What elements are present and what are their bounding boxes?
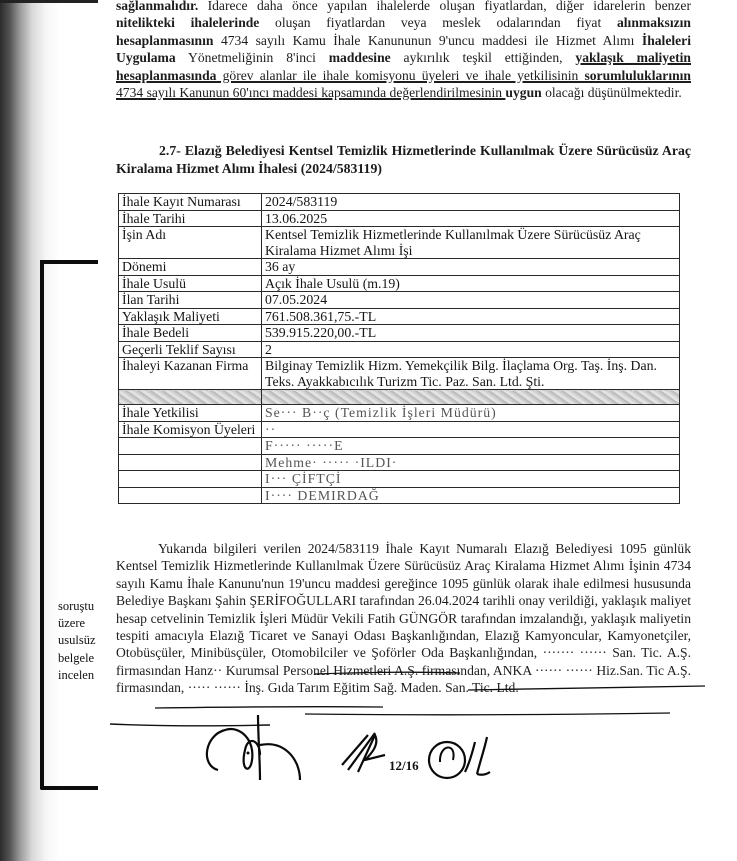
row-label [119,438,262,455]
row-label [119,390,262,405]
row-label: İhale Kayıt Numarası [119,194,262,211]
paragraph-segment: olacağı düşünülmektedir. [542,85,682,100]
signature-1 [200,715,320,785]
row-value: 07.05.2024 [262,292,680,309]
row-label: İhale Bedeli [119,325,262,342]
adjacent-fragment: incelen [58,667,100,684]
table-row: İhaleyi Kazanan FirmaBilginay Temizlik H… [119,358,680,390]
section-title: Elazığ Belediyesi Kentsel Temizlik Hizme… [116,143,691,176]
paragraph-segment: sorumluluklarının [584,68,691,83]
row-value: 761.508.361,75.-TL [262,308,680,325]
paragraph-segment: 4734 sayılı Kamu İhale Kanununun 9'uncu … [213,33,641,48]
table-row: İşin AdıKentsel Temizlik Hizmetlerinde K… [119,227,680,259]
adjacent-page-text: soruştu üzere usulsüz belgele incelen [58,598,100,684]
adjacent-fragment: usulsüz [58,632,100,649]
section-heading: 2.7- Elazığ Belediyesi Kentsel Temizlik … [116,142,691,177]
paragraph-segment: sağlanmalıdır. [116,0,198,13]
signature-3 [425,732,505,782]
table-row: Mehme· ····· ·ILDI· [119,454,680,471]
table-row: I···· DEMIRDAĞ [119,487,680,504]
row-value: Açık İhale Usulü (m.19) [262,275,680,292]
row-value [262,390,680,405]
paragraph-segment: 4734 sayılı Kanunun 60'ıncı maddesi kaps… [116,85,505,100]
signature-2 [340,730,390,775]
row-value: I··· ÇİFTÇİ [262,471,680,488]
paragraph-segment: maddesine [329,50,391,65]
table-row: İhale UsulüAçık İhale Usulü (m.19) [119,275,680,292]
row-label: İlan Tarihi [119,292,262,309]
row-value: 2 [262,341,680,358]
paragraph-segment: görev alanlar ile ihale komisyonu üyeler… [216,68,584,83]
row-value: Kentsel Temizlik Hizmetlerinde Kullanılm… [262,227,680,259]
row-label: Yaklaşık Maliyeti [119,308,262,325]
paragraph-segment: İdarece daha önce yapılan ihalelerde olu… [198,0,691,13]
table-row: İhale Tarihi13.06.2025 [119,210,680,227]
adjacent-page-bracket-mark [40,260,98,790]
table-row: Dönemi36 ay [119,259,680,276]
table-row: İlan Tarihi07.05.2024 [119,292,680,309]
row-label: İhaleyi Kazanan Firma [119,358,262,390]
row-value: 2024/583119 [262,194,680,211]
row-value: F····· ·····E [262,438,680,455]
paragraph-segment: nitelikteki ihalelerinde [116,15,259,30]
tender-info-table: İhale Kayıt Numarası2024/583119İhale Tar… [118,193,680,504]
row-label: Geçerli Teklif Sayısı [119,341,262,358]
table-row: F····· ·····E [119,438,680,455]
table-row: İhale Komisyon Üyeleri·· [119,421,680,438]
row-label: İşin Adı [119,227,262,259]
adjacent-fragment: soruştu [58,598,100,615]
page-number: 12/16 [389,758,419,774]
paragraph-conclusion: sağlanmalıdır. İdarece daha önce yapılan… [116,0,691,101]
row-value: Se··· B··ç (Temizlik İşleri Müdürü) [262,405,680,422]
row-value: ·· [262,421,680,438]
row-label: İhale Yetkilisi [119,405,262,422]
row-label [119,471,262,488]
document-page: sağlanmalıdır. İdarece daha önce yapılan… [100,0,737,861]
table-row [119,390,680,405]
row-label: İhale Tarihi [119,210,262,227]
row-value: 13.06.2025 [262,210,680,227]
row-label: İhale Usulü [119,275,262,292]
table-row: İhale Bedeli539.915.220,00.-TL [119,325,680,342]
paragraph-segment: uygun [505,85,541,100]
paragraph-findings: Yukarıda bilgileri verilen 2024/583119 İ… [116,540,691,697]
findings-text: Yukarıda bilgileri verilen 2024/583119 İ… [116,541,691,695]
row-value: Mehme· ····· ·ILDI· [262,454,680,471]
row-value: 539.915.220,00.-TL [262,325,680,342]
table-row: I··· ÇİFTÇİ [119,471,680,488]
adjacent-fragment: üzere [58,615,100,632]
section-number: 2.7- [159,143,181,158]
table-row: İhale Kayıt Numarası2024/583119 [119,194,680,211]
row-value: I···· DEMIRDAĞ [262,487,680,504]
paragraph-segment: aykırılık teşkil ettiğinden, [391,50,576,65]
row-label: Dönemi [119,259,262,276]
adjacent-page-top-edge [0,0,98,3]
paragraph-segment: Yönetmeliğinin 8'inci [176,50,329,65]
adjacent-fragment: belgele [58,650,100,667]
row-value: Bilginay Temizlik Hizm. Yemekçilik Bilg.… [262,358,680,390]
row-label [119,454,262,471]
row-label: İhale Komisyon Üyeleri [119,421,262,438]
table-row: İhale YetkilisiSe··· B··ç (Temizlik İşle… [119,405,680,422]
paragraph-segment: oluşan fiyatlardan veya meslek odalarınd… [259,15,617,30]
row-value: 36 ay [262,259,680,276]
table-row: Geçerli Teklif Sayısı2 [119,341,680,358]
row-label [119,487,262,504]
table-row: Yaklaşık Maliyeti761.508.361,75.-TL [119,308,680,325]
